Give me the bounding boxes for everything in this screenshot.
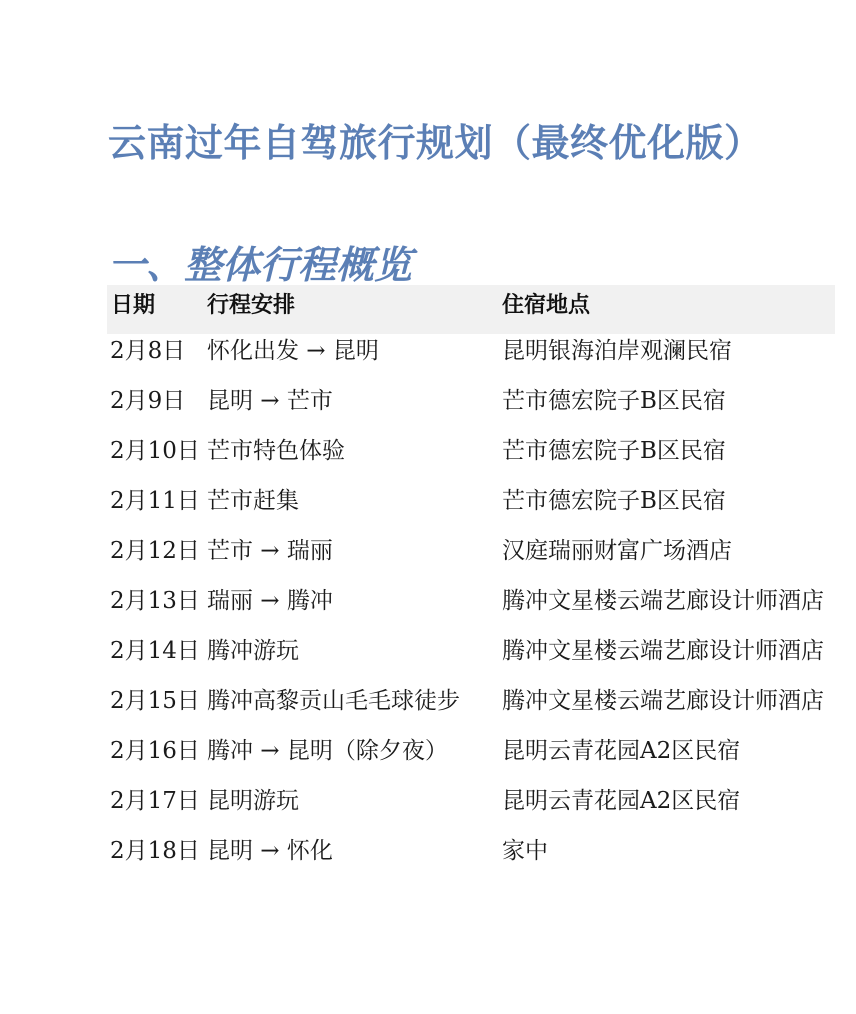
table-row: 2月11日芒市赶集芒市德宏院子B区民宿	[107, 486, 835, 517]
cell-date: 2月13日	[107, 586, 207, 617]
cell-date: 2月17日	[107, 786, 207, 817]
table-row: 2月17日昆明游玩昆明云青花园A2区民宿	[107, 786, 835, 817]
cell-plan: 芒市赶集	[207, 486, 502, 517]
cell-lodging: 家中	[502, 836, 835, 867]
cell-lodging: 汉庭瑞丽财富广场酒店	[502, 536, 835, 567]
cell-lodging: 腾冲文星楼云端艺廊设计师酒店	[502, 686, 835, 717]
cell-plan: 腾冲游玩	[207, 636, 502, 667]
header-date: 日期	[107, 285, 207, 319]
header-lodging: 住宿地点	[502, 285, 835, 319]
itinerary-table: 日期 行程安排 住宿地点 2月8日怀化出发 → 昆明昆明银海泊岸观澜民宿2月9日…	[107, 285, 835, 867]
section-heading: 一、整体行程概览	[108, 234, 412, 289]
table-row: 2月8日怀化出发 → 昆明昆明银海泊岸观澜民宿	[107, 336, 835, 367]
cell-date: 2月14日	[107, 636, 207, 667]
table-row: 2月14日腾冲游玩腾冲文星楼云端艺廊设计师酒店	[107, 636, 835, 667]
cell-date: 2月10日	[107, 436, 207, 467]
cell-date: 2月11日	[107, 486, 207, 517]
cell-plan: 腾冲高黎贡山毛毛球徒步	[207, 686, 502, 717]
cell-plan: 芒市特色体验	[207, 436, 502, 467]
cell-lodging: 昆明银海泊岸观澜民宿	[502, 336, 835, 367]
cell-plan: 怀化出发 → 昆明	[207, 336, 502, 367]
cell-lodging: 昆明云青花园A2区民宿	[502, 736, 835, 767]
cell-date: 2月15日	[107, 686, 207, 717]
document-title: 云南过年自驾旅行规划（最终优化版）	[108, 112, 763, 167]
cell-plan: 昆明 → 怀化	[207, 836, 502, 867]
cell-plan: 瑞丽 → 腾冲	[207, 586, 502, 617]
table-row: 2月9日昆明 → 芒市芒市德宏院子B区民宿	[107, 386, 835, 417]
cell-date: 2月12日	[107, 536, 207, 567]
cell-plan: 腾冲 → 昆明（除夕夜）	[207, 736, 502, 767]
cell-date: 2月18日	[107, 836, 207, 867]
table-row: 2月13日瑞丽 → 腾冲腾冲文星楼云端艺廊设计师酒店	[107, 586, 835, 617]
table-row: 2月10日芒市特色体验芒市德宏院子B区民宿	[107, 436, 835, 467]
table-row: 2月16日腾冲 → 昆明（除夕夜）昆明云青花园A2区民宿	[107, 736, 835, 767]
table-row: 2月18日昆明 → 怀化家中	[107, 836, 835, 867]
cell-date: 2月16日	[107, 736, 207, 767]
table-row: 2月12日芒市 → 瑞丽汉庭瑞丽财富广场酒店	[107, 536, 835, 567]
cell-lodging: 芒市德宏院子B区民宿	[502, 436, 835, 467]
cell-lodging: 昆明云青花园A2区民宿	[502, 786, 835, 817]
cell-lodging: 芒市德宏院子B区民宿	[502, 386, 835, 417]
header-plan: 行程安排	[207, 285, 502, 319]
cell-date: 2月9日	[107, 386, 207, 417]
table-row: 2月15日腾冲高黎贡山毛毛球徒步腾冲文星楼云端艺廊设计师酒店	[107, 686, 835, 717]
cell-lodging: 腾冲文星楼云端艺廊设计师酒店	[502, 586, 835, 617]
table-body: 2月8日怀化出发 → 昆明昆明银海泊岸观澜民宿2月9日昆明 → 芒市芒市德宏院子…	[107, 336, 835, 867]
table-header: 日期 行程安排 住宿地点	[107, 285, 835, 334]
cell-lodging: 腾冲文星楼云端艺廊设计师酒店	[502, 636, 835, 667]
cell-date: 2月8日	[107, 336, 207, 367]
cell-plan: 昆明 → 芒市	[207, 386, 502, 417]
cell-plan: 芒市 → 瑞丽	[207, 536, 502, 567]
cell-plan: 昆明游玩	[207, 786, 502, 817]
cell-lodging: 芒市德宏院子B区民宿	[502, 486, 835, 517]
